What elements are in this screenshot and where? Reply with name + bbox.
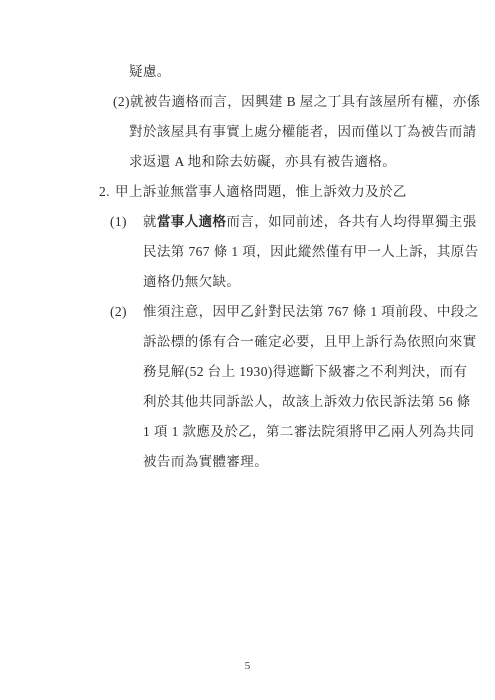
list-item-b2-marker: (2) <box>113 94 130 109</box>
list-item-b2-line3: 求返還 A 地和除去妨礙，亦具有被告適格。 <box>129 147 495 177</box>
list-item-b2-line2: 對於該屋具有事實上處分權能者，因而僅以丁為被告而請 <box>129 117 495 147</box>
numbered-item-2: 2.甲上訴並無當事人適格問題，惟上訴效力及於乙 <box>99 177 495 207</box>
carryover-line: 疑慮。 <box>129 57 495 87</box>
sub-item-2-line5: 1 項 1 款應及於乙，第二審法院須將甲乙兩人列為共同 <box>143 417 495 447</box>
list-item-b2-line1: (2)就被告適格而言，因興建 B 屋之丁具有該屋所有權，亦係 <box>113 87 495 117</box>
sub-item-2-line3: 務見解(52 台上 1930)得遮斷下級審之不利判決，而有 <box>143 357 495 387</box>
sub-item-1-rest: 而言，如同前述，各共有人均得單獨主張 <box>226 214 476 229</box>
sub-item-2-line6: 被告而為實體審理。 <box>143 447 495 477</box>
sub-item-2-text: 惟須注意，因甲乙針對民法第 767 條 1 項前段、中段之 <box>143 304 479 319</box>
sub-item-2-line2: 訴訟標的係有合一確定必要，且甲上訴行為依照向來實 <box>143 327 495 357</box>
numbered-item-2-marker: 2. <box>99 177 110 207</box>
sub-item-1-line3: 適格仍無欠缺。 <box>143 267 495 297</box>
page-number: 5 <box>0 658 495 674</box>
sub-item-1-line1: (1)就當事人適格而言，如同前述，各共有人均得單獨主張 <box>110 207 495 237</box>
list-item-b2-text: 就被告適格而言，因興建 B 屋之丁具有該屋所有權，亦係 <box>130 94 481 109</box>
document-body: 疑慮。 (2)就被告適格而言，因興建 B 屋之丁具有該屋所有權，亦係 對於該屋具… <box>0 57 495 477</box>
numbered-item-2-text: 甲上訴並無當事人適格問題，惟上訴效力及於乙 <box>115 184 407 199</box>
sub-item-1-bold-term: 當事人適格 <box>157 214 227 229</box>
sub-item-1-line2: 民法第 767 條 1 項，因此縱然僅有甲一人上訴，其原告 <box>143 237 495 267</box>
sub-item-1-marker: (1) <box>110 207 143 237</box>
sub-item-2-line4: 利於其他共同訴訟人，故該上訴效力依民訴法第 56 條 <box>143 387 495 417</box>
sub-item-2-line1: (2)惟須注意，因甲乙針對民法第 767 條 1 項前段、中段之 <box>110 297 495 327</box>
document-page: 疑慮。 (2)就被告適格而言，因興建 B 屋之丁具有該屋所有權，亦係 對於該屋具… <box>0 0 495 700</box>
sub-item-2-marker: (2) <box>110 297 143 327</box>
sub-item-1-prefix: 就 <box>143 214 157 229</box>
